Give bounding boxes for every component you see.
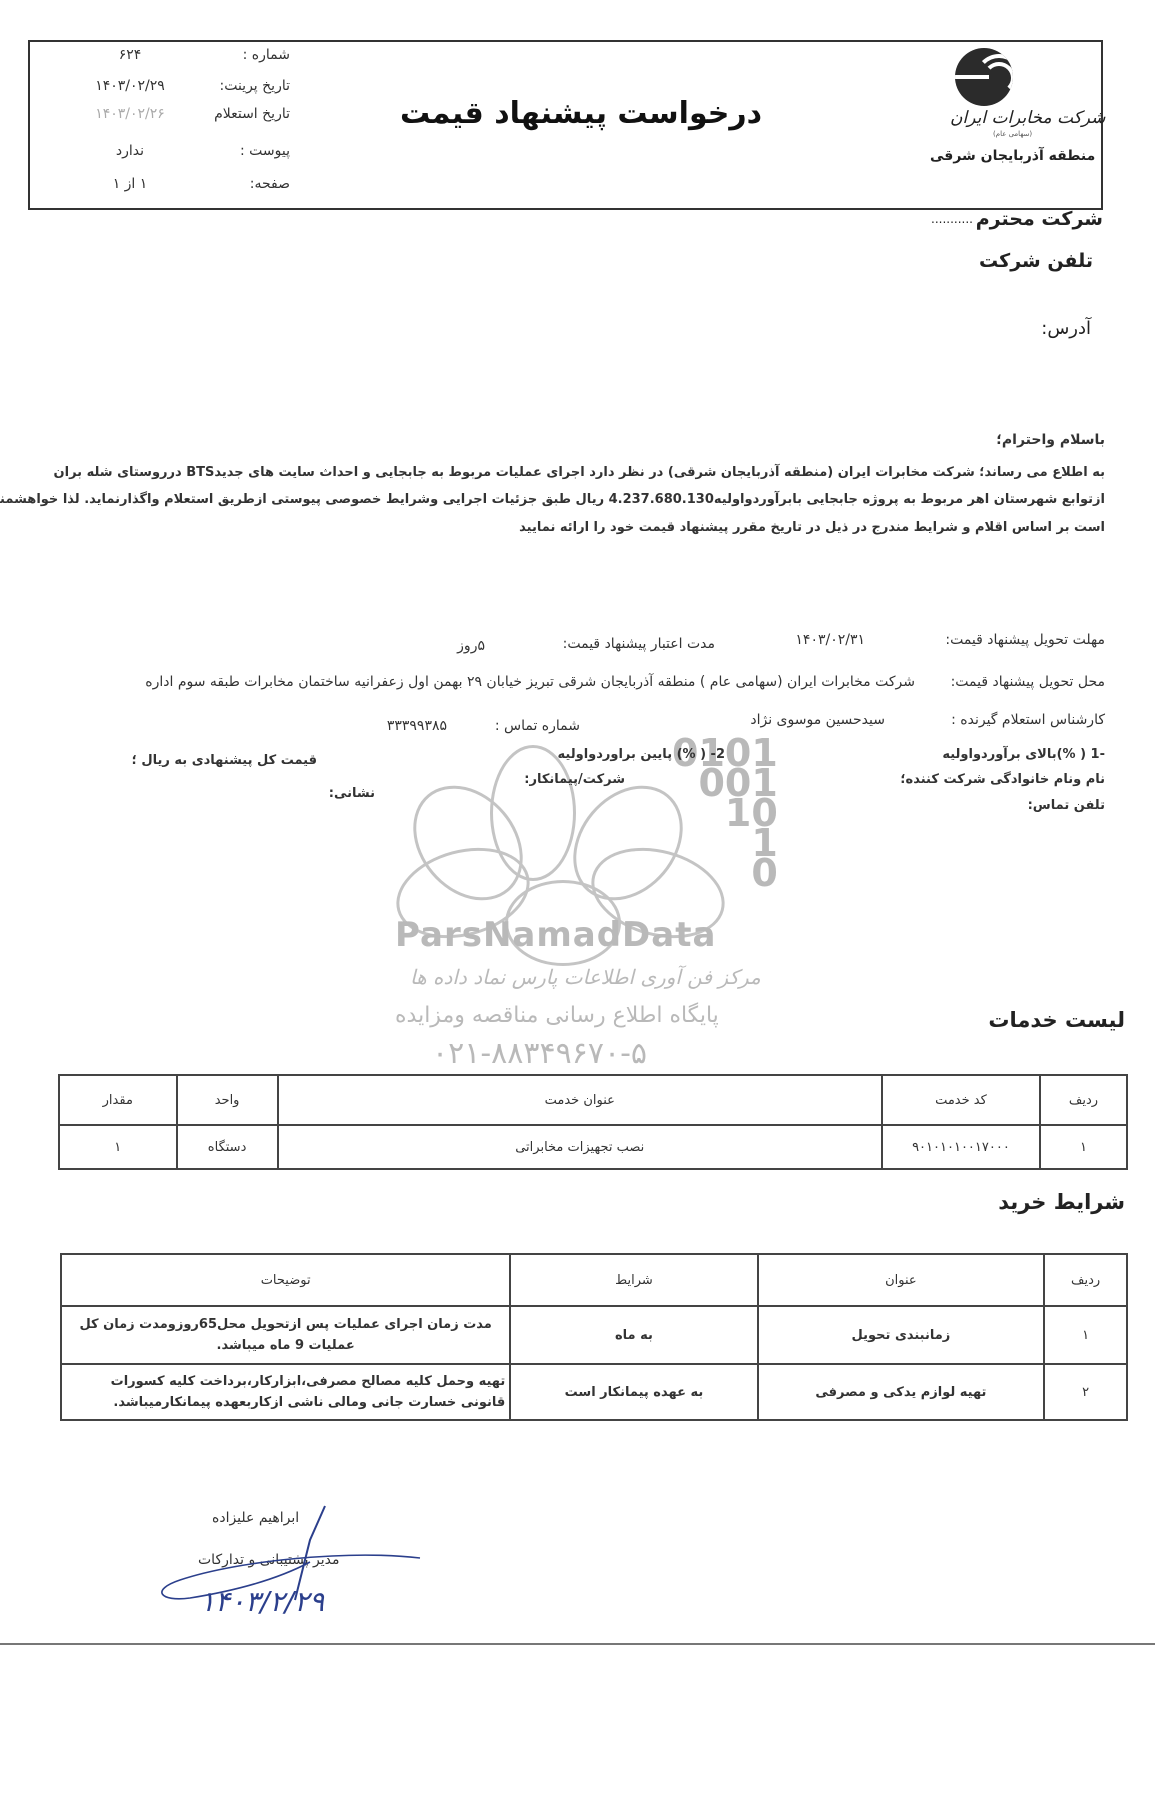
handwritten-date: ۱۴۰۳/۲/۲۹ — [200, 1585, 324, 1618]
col-title: عنوان — [758, 1254, 1045, 1306]
company-logo-text: شرکت مخابرات ایران — [950, 108, 1105, 128]
deadline-label: مهلت تحویل پیشنهاد قیمت: — [945, 632, 1105, 648]
body-line-1: به اطلاع می رساند؛ شرکت مخابرات ایران (م… — [54, 465, 1105, 480]
page-bottom-rule — [0, 1643, 1155, 1645]
expert-value: سیدحسین موسوی نژاد — [750, 712, 885, 728]
document-title: درخواست پیشنهاد قیمت — [400, 96, 762, 131]
table-row: ۱ زمانبندی تحویل به ماه مدت زمان اجرای ع… — [61, 1306, 1127, 1364]
attachment-value: ندارد — [70, 143, 190, 159]
print-date-value: ۱۴۰۳/۰۲/۲۹ — [70, 78, 190, 94]
mokhaberat-logo-icon — [955, 48, 1013, 106]
contact-value: ۳۳۳۹۹۳۸۵ — [387, 718, 447, 734]
address-label: آدرس: — [1041, 318, 1091, 339]
recipient-company-value: ........... — [931, 212, 973, 226]
col-service-code: کد خدمت — [882, 1075, 1040, 1125]
company-contractor-label: شرکت/پیمانکار: — [524, 772, 625, 787]
cell-row: ۲ — [1044, 1364, 1127, 1420]
cell-row: ۱ — [1040, 1125, 1127, 1169]
col-service-title: عنوان خدمت — [278, 1075, 882, 1125]
services-header-row: ردیف کد خدمت عنوان خدمت واحد مقدار — [59, 1075, 1127, 1125]
validity-value: ۵روز — [457, 638, 485, 654]
watermark-subtitle: پایگاه اطلاع رسانی مناقصه ومزایده — [395, 1003, 719, 1028]
watermark-tagline: مرکز فن آوری اطلاعات پارس نماد داده ها — [410, 965, 761, 989]
col-row: ردیف — [1040, 1075, 1127, 1125]
total-price-label: قیمت کل پیشنهادی به ریال ؛ — [132, 753, 317, 768]
participant-phone-label: تلفن تماس: — [1028, 798, 1105, 813]
cell-unit: دستگاه — [177, 1125, 278, 1169]
table-row: ۲ تهیه لوازم یدکی و مصرفی به عهده پیمانک… — [61, 1364, 1127, 1420]
page-value: ۱ از ۱ — [70, 176, 190, 192]
greeting: باسلام واحترام؛ — [996, 432, 1105, 448]
body-line-2: ازتوابع شهرستان اهر مربوط به پروژه جابجا… — [0, 492, 1105, 507]
contact-label: شماره تماس : — [495, 718, 580, 734]
body-line-3: است بر اساس اقلام و شرایط مندرج در ذیل د… — [519, 520, 1105, 535]
location-label: محل تحویل پیشنهاد قیمت: — [951, 674, 1105, 690]
participant-address-label: نشانی: — [329, 786, 375, 801]
validity-label: مدت اعتبار پیشنهاد قیمت: — [563, 636, 715, 652]
cell-service-title: نصب تجهیزات مخابراتی — [278, 1125, 882, 1169]
purchase-terms-title: شرایط خرید — [998, 1190, 1125, 1214]
participant-name-label: نام ونام خانوادگی شرکت کننده؛ — [900, 772, 1105, 787]
cell-title: زمانبندی تحویل — [758, 1306, 1045, 1364]
page-label: صفحه: — [215, 176, 290, 192]
option-below-estimate: 2- ( %) پایین براوردواولیه — [558, 747, 725, 762]
number-label: شماره : — [215, 47, 290, 63]
services-table: ردیف کد خدمت عنوان خدمت واحد مقدار ۱ ۹۰۱… — [58, 1074, 1128, 1170]
cell-description: مدت زمان اجرای عملیات پس ازتحویل محل65رو… — [61, 1306, 510, 1364]
inquiry-date-label: تاریخ استعلام — [215, 106, 290, 122]
region-name: منطقه آذربایجان شرقی — [930, 148, 1095, 164]
cell-row: ۱ — [1044, 1306, 1127, 1364]
expert-label: کارشناس استعلام گیرنده : — [951, 712, 1105, 728]
col-row: ردیف — [1044, 1254, 1127, 1306]
col-unit: واحد — [177, 1075, 278, 1125]
location-value: شرکت مخابرات ایران (سهامی عام ) منطقه آذ… — [145, 674, 915, 690]
deadline-value: ۱۴۰۳/۰۲/۳۱ — [795, 632, 865, 648]
cell-condition: به ماه — [510, 1306, 757, 1364]
cell-title: تهیه لوازم یدکی و مصرفی — [758, 1364, 1045, 1420]
print-date-label: تاریخ پرینت: — [215, 78, 290, 94]
recipient-company-label: شرکت محترم — [976, 208, 1103, 230]
purchase-terms-table: ردیف عنوان شرایط توضیحات ۱ زمانبندی تحوی… — [60, 1253, 1128, 1421]
terms-header-row: ردیف عنوان شرایط توضیحات — [61, 1254, 1127, 1306]
services-title: لیست خدمات — [988, 1008, 1125, 1032]
cell-service-code: ۹۰۱۰۱۰۱۰۰۱۷۰۰۰ — [882, 1125, 1040, 1169]
company-phone-label: تلفن شرکت — [979, 250, 1093, 272]
number-value: ۶۲۴ — [70, 47, 190, 63]
cell-condition: به عهده پیمانکار است — [510, 1364, 757, 1420]
cell-qty: ۱ — [59, 1125, 177, 1169]
inquiry-date-value: ۱۴۰۳/۰۲/۲۶ — [70, 106, 190, 122]
col-qty: مقدار — [59, 1075, 177, 1125]
attachment-label: پیوست : — [215, 143, 290, 159]
col-condition: شرایط — [510, 1254, 757, 1306]
cell-description: تهیه وحمل کلیه مصالح مصرفی،ابزارکار،بردا… — [61, 1364, 510, 1420]
logo-subtitle: (سهامی عام) — [993, 130, 1032, 138]
watermark-phone: ۰۲۱-۸۸۳۴۹۶۷۰-۵ — [432, 1036, 647, 1071]
table-row: ۱ ۹۰۱۰۱۰۱۰۰۱۷۰۰۰ نصب تجهیزات مخابراتی دس… — [59, 1125, 1127, 1169]
option-above-estimate: -1 ( %)بالای برآوردواولیه — [942, 747, 1105, 762]
col-description: توضیحات — [61, 1254, 510, 1306]
